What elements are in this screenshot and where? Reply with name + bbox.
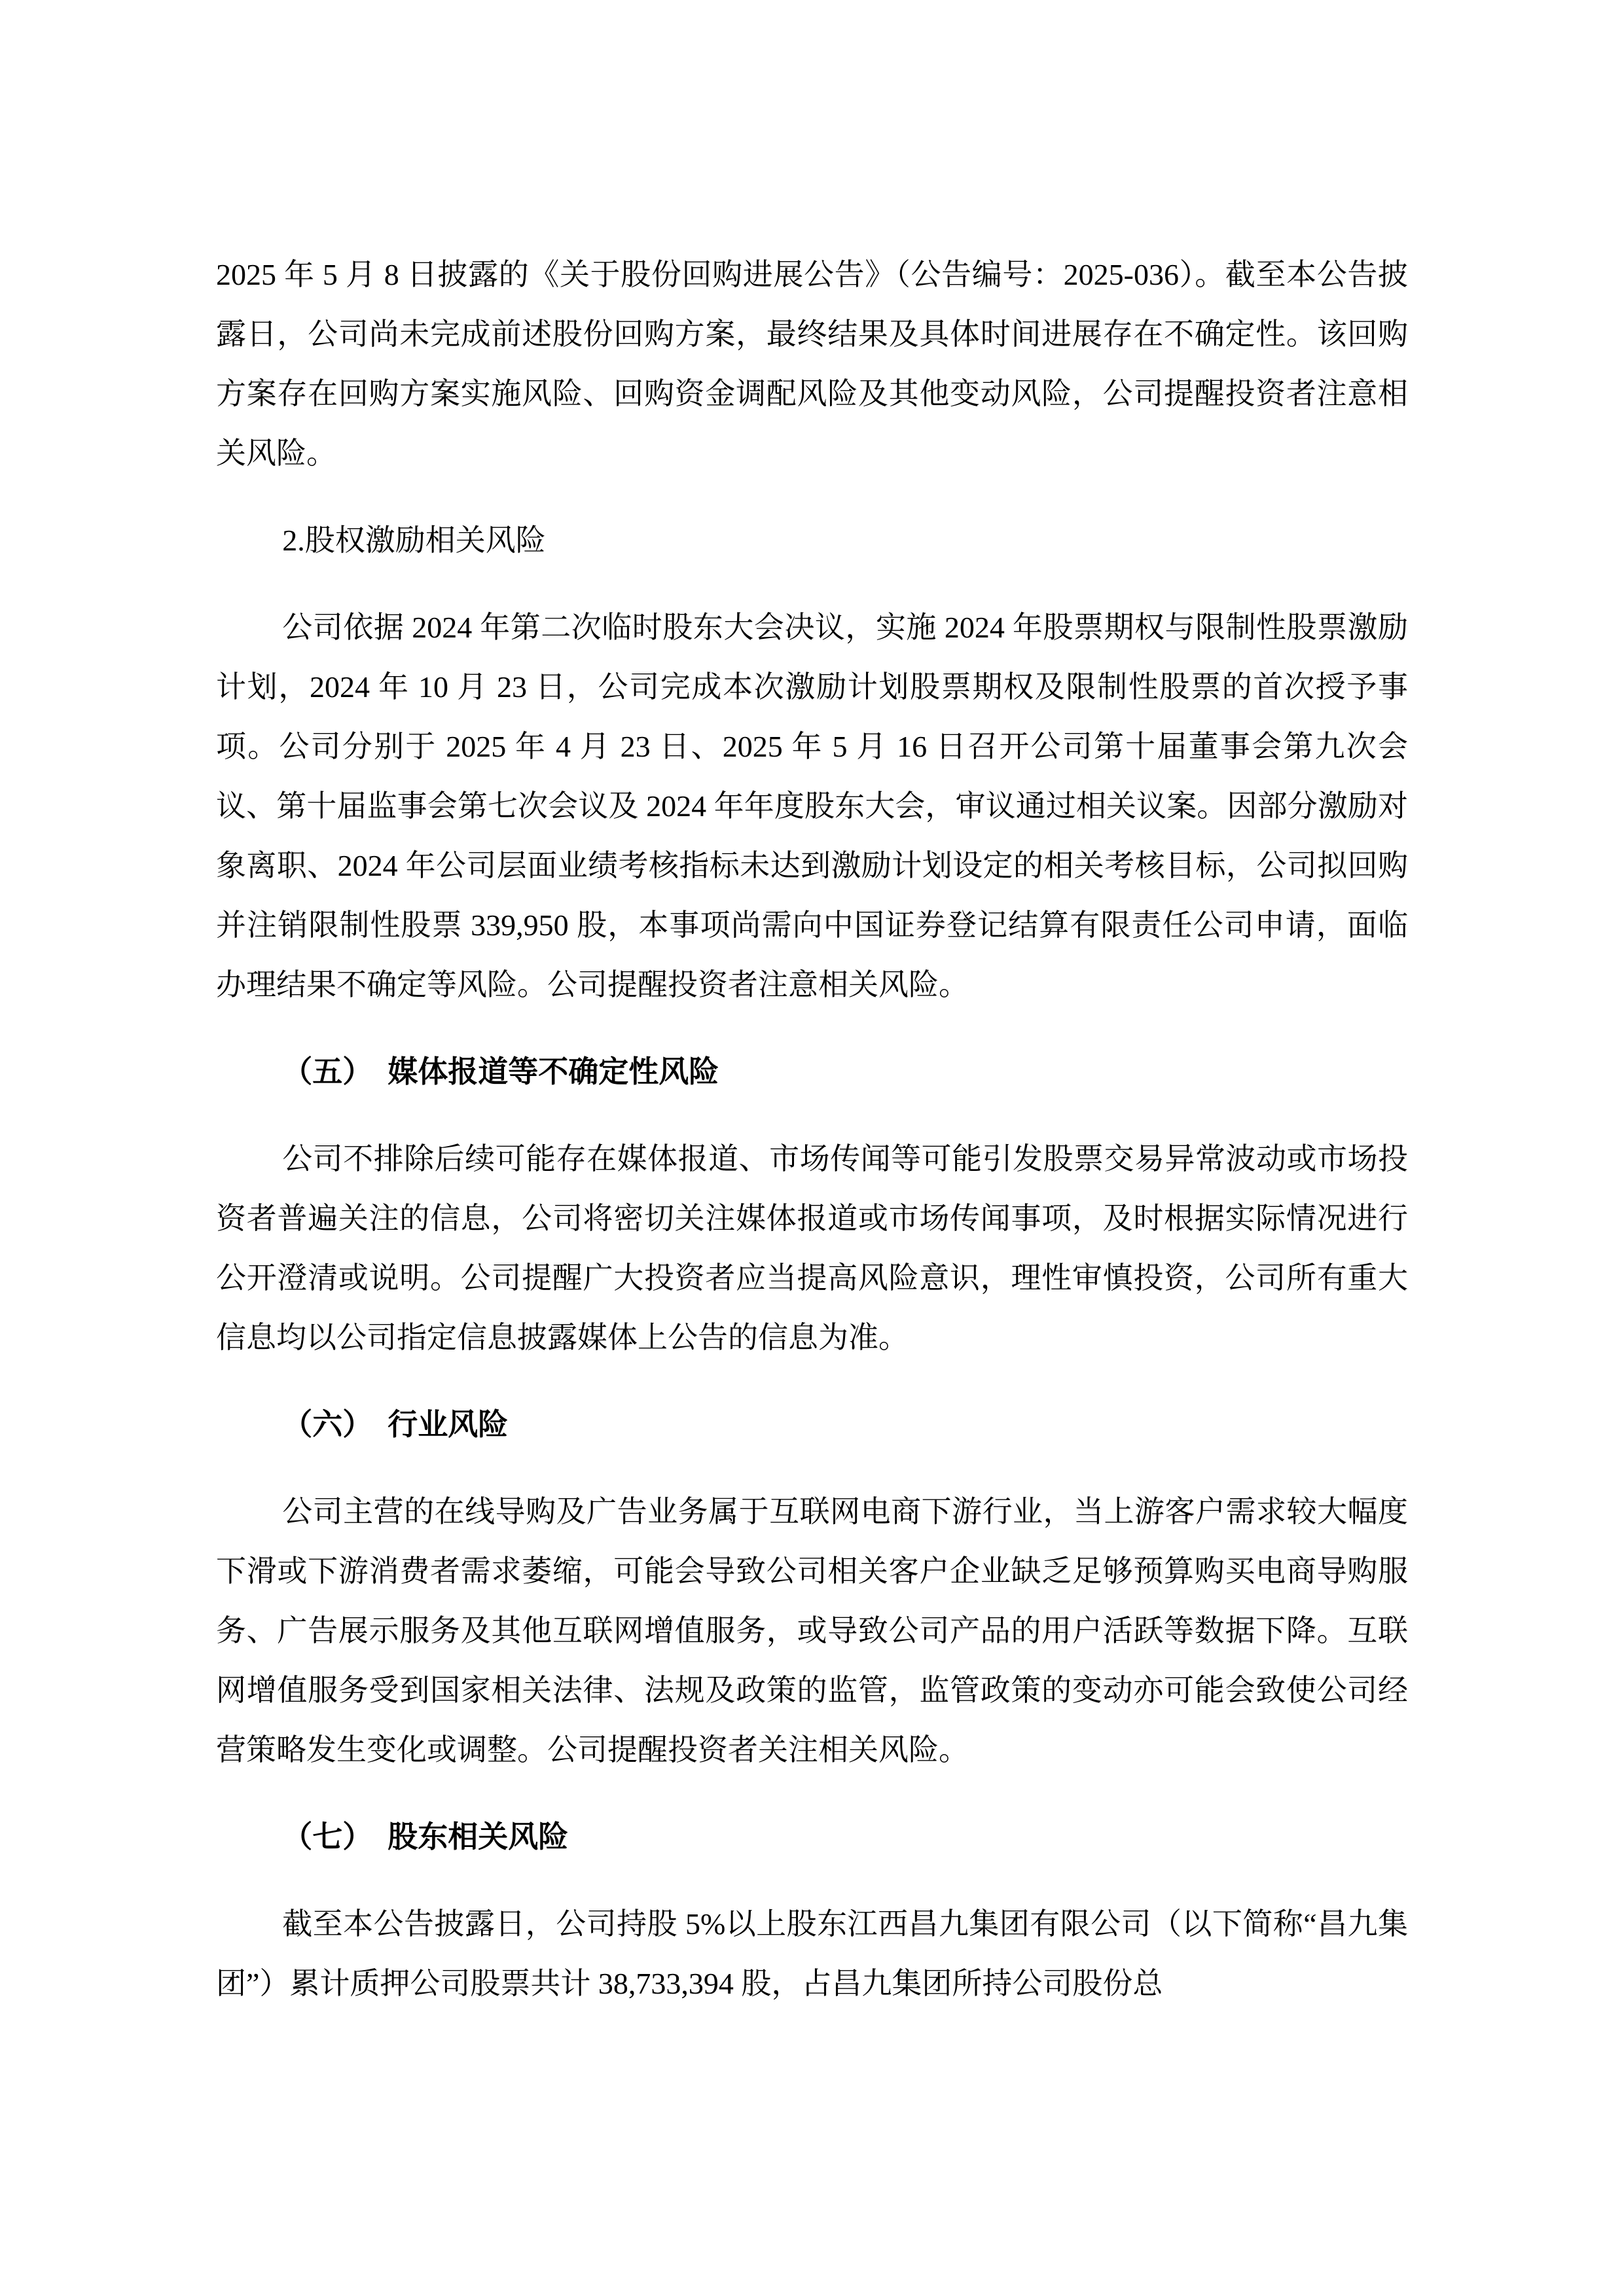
paragraph-shareholder-pledge-risk: 截至本公告披露日，公司持股 5%以上股东江西昌九集团有限公司（以下简称“昌九集团…	[216, 1894, 1408, 2013]
heading-industry-risk: （六） 行业风险	[216, 1395, 1408, 1454]
document-page: 2025 年 5 月 8 日披露的《关于股份回购进展公告》（公告编号：2025-…	[0, 0, 1624, 2296]
subheading-equity-incentive-risk: 2.股权激励相关风险	[216, 511, 1408, 570]
paragraph-industry-risk: 公司主营的在线导购及广告业务属于互联网电商下游行业，当上游客户需求较大幅度下滑或…	[216, 1482, 1408, 1780]
heading-shareholder-risk: （七） 股东相关风险	[216, 1807, 1408, 1867]
heading-media-report-uncertainty-risk: （五） 媒体报道等不确定性风险	[216, 1042, 1408, 1102]
paragraph-share-buyback-risk: 2025 年 5 月 8 日披露的《关于股份回购进展公告》（公告编号：2025-…	[216, 245, 1408, 483]
paragraph-media-report-uncertainty-risk: 公司不排除后续可能存在媒体报道、市场传闻等可能引发股票交易异常波动或市场投资者普…	[216, 1129, 1408, 1367]
paragraph-equity-incentive-risk: 公司依据 2024 年第二次临时股东大会决议，实施 2024 年股票期权与限制性…	[216, 598, 1408, 1014]
